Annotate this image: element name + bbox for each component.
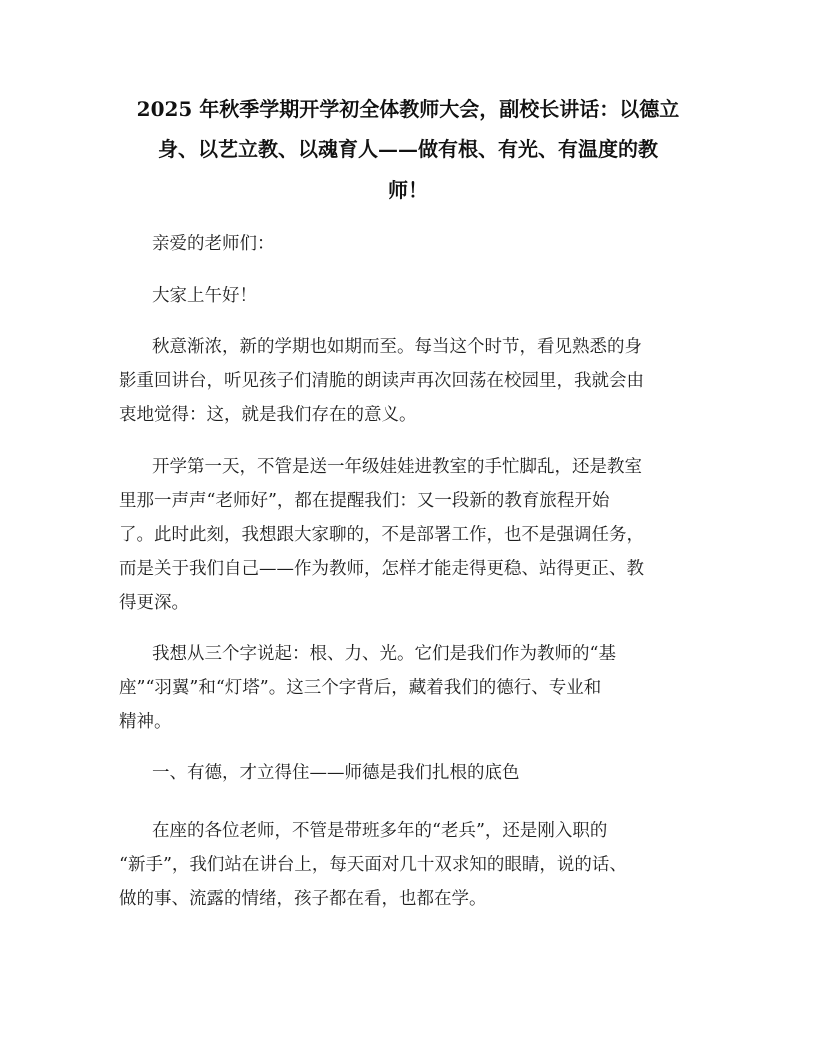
paragraph-line: 秋意渐浓，新的学期也如期而至。每当这个时节，看见熟悉的身 — [152, 335, 642, 359]
paragraph-line: 影重回讲台，听见孩子们清脆的朗读声再次回荡在校园里，我就会由 — [119, 369, 644, 393]
document-title-line-3: 师！ — [0, 177, 816, 203]
paragraph-line: 了。此时此刻，我想跟大家聊的，不是部署工作，也不是强调任务， — [119, 523, 644, 547]
paragraph-line: 在座的各位老师，不管是带班多年的“老兵”，还是刚入职的 — [152, 819, 607, 843]
paragraph-line: 我想从三个字说起：根、力、光。它们是我们作为教师的“基 — [152, 642, 616, 666]
paragraph-line: 做的事、流露的情绪，孩子都在看，也都在学。 — [119, 887, 487, 911]
paragraph-line: 精神。 — [119, 710, 172, 734]
paragraph-line: 座”“羽翼”和“灯塔”。这三个字背后，藏着我们的德行、专业和 — [119, 676, 601, 700]
paragraph-line: 衷地觉得：这，就是我们存在的意义。 — [119, 403, 417, 427]
greeting: 大家上午好！ — [152, 284, 257, 308]
salutation: 亲爱的老师们： — [152, 232, 275, 256]
paragraph-line: 里那一声声“老师好”，都在提醒我们：又一段新的教育旅程开始 — [119, 489, 609, 513]
section-heading: 一、有德，才立得住——师德是我们扎根的底色 — [152, 761, 520, 785]
paragraph-line: 得更深。 — [119, 591, 189, 615]
document-title-line-2: 身、以艺立教、以魂育人——做有根、有光、有温度的教 — [0, 136, 816, 162]
paragraph-line: 开学第一天，不管是送一年级娃娃进教室的手忙脚乱，还是教室 — [152, 455, 642, 479]
document-title-line-1: 2025 年秋季学期开学初全体教师大会，副校长讲话：以德立 — [0, 96, 816, 122]
document-page: 2025 年秋季学期开学初全体教师大会，副校长讲话：以德立 身、以艺立教、以魂育… — [0, 0, 816, 1056]
paragraph-line: “新手”，我们站在讲台上，每天面对几十双求知的眼睛，说的话、 — [119, 853, 627, 877]
paragraph-line: 而是关于我们自己——作为教师，怎样才能走得更稳、站得更正、教 — [119, 557, 644, 581]
